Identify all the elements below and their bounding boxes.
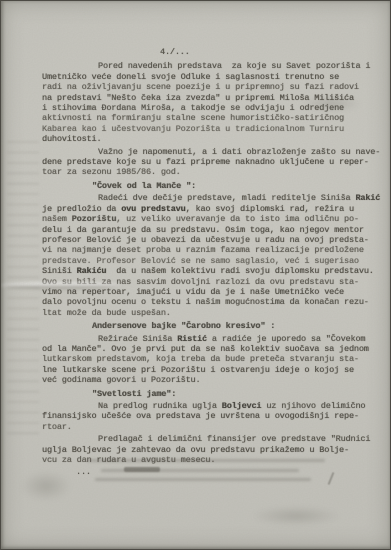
text-line: Predlagač i delimični finansijer ove pre… xyxy=(42,434,374,444)
text-line: Kabarea kao i učestvovanju Pozorišta u t… xyxy=(42,124,374,134)
paragraph: Režiraće Siniša Ristić a radiće je upore… xyxy=(42,334,374,386)
document-text: 4./... Pored navedenih predstava za koje… xyxy=(42,47,374,478)
text-line: našem Pozorištu, uz veliko uveravanje da… xyxy=(42,214,374,224)
text-line: ltat može da bude uspešan. xyxy=(42,308,374,318)
text-line: duhovitosti. xyxy=(42,134,374,144)
text-line: aktivnosti na formiranju stalne scene hu… xyxy=(42,113,374,123)
text-line: uglja Boljevac je zahtevao da ovu predst… xyxy=(42,445,374,455)
text-line: ... xyxy=(76,467,374,477)
bleed-through-ghost-text xyxy=(7,141,39,436)
text-line: lne lutkarske scene pri Pozorištu i ostv… xyxy=(42,365,374,375)
bleed-through-line xyxy=(95,478,311,481)
text-line: Siniši Rakiću da u našem kolektivu radi … xyxy=(42,266,374,276)
text-line: predstave. Profesor Belović se ne samo s… xyxy=(42,256,374,266)
paragraph: Pored navedenih predstava za koje su Sav… xyxy=(42,61,374,144)
text-line: dene predstave koje su u fazi pripreme n… xyxy=(42,157,374,167)
paper-smudge xyxy=(251,506,341,526)
section-heading: Andersenove bajke "Čarobno kresivo" : xyxy=(92,321,374,331)
paragraph: ... xyxy=(76,467,374,477)
text-line: već godinama govori u Pozorištu. xyxy=(42,375,374,385)
text-line: delu i da garantuje da su predstavu. Osi… xyxy=(42,225,374,235)
text-line: Radeći dve dečije predstave, mladi redit… xyxy=(42,193,374,203)
text-line: od la Manče". Ovo je prvi put da se naš … xyxy=(42,344,374,354)
paragraph: Na predlog rudnika uglja Boljevci uz nji… xyxy=(42,401,374,432)
text-line: Pored navedenih predstava za koje su Sav… xyxy=(42,61,374,71)
text-line: "Svetlosti jame": xyxy=(92,389,374,399)
section-heading: "Čovek od la Manče ": xyxy=(92,181,374,191)
text-line: profesor Belović je u obavezi da učestvu… xyxy=(42,235,374,245)
paragraph: Važno je napomenuti, a i dati obrazložen… xyxy=(42,147,374,178)
text-line: i stihovima Đordana Miroša, a takodje se… xyxy=(42,103,374,113)
scanned-document-page: 4./... Pored navedenih predstava za koje… xyxy=(0,0,391,550)
text-line: Umetničko veće doneli svoje Odluke i sag… xyxy=(42,72,374,82)
text-line: "Čovek od la Manče ": xyxy=(92,181,374,191)
paragraph: Predlagač i delimični finansijer ove pre… xyxy=(42,434,374,465)
text-line: Važno je napomenuti, a i dati obrazložen… xyxy=(42,147,374,157)
text-line: vi na najmanje deset proba u raznim faza… xyxy=(42,245,374,255)
paragraph: Radeći dve dečije predstave, mladi redit… xyxy=(42,193,374,318)
text-line: vimo na repertoar, imajući u vidu da je … xyxy=(42,287,374,297)
text-line: Andersenove bajke "Čarobno kresivo" : xyxy=(92,321,374,331)
text-line: finansijsko učešće ova predstava je uvrš… xyxy=(42,411,374,421)
document-body: Pored navedenih predstava za koje su Sav… xyxy=(42,61,374,477)
text-line: Na predlog rudnika uglja Boljevci uz nji… xyxy=(42,401,374,411)
text-line: je predložio da ovu predstavu, kao svoj … xyxy=(42,204,374,214)
page-number: 4./... xyxy=(160,47,374,57)
text-line: toar za sezonu 1985/86. god. xyxy=(42,167,374,177)
text-line: rtoar. xyxy=(42,422,374,432)
text-line: na predstavi "Nešto čeka iza zvezda" u p… xyxy=(42,93,374,103)
text-line: dalo povoljnu ocenu o tekstu i našim mog… xyxy=(42,297,374,307)
section-heading: "Svetlosti jame": xyxy=(92,389,374,399)
text-line: lutkarskom predstavom, koja treba da bud… xyxy=(42,354,374,364)
text-line: radi na oživljavanju scene poezije i u p… xyxy=(42,82,374,92)
text-line: Režiraće Siniša Ristić a radiće je upore… xyxy=(42,334,374,344)
text-line: vcu za dan rudara u avgustu mesecu. xyxy=(42,455,374,465)
text-line: Ovo su bili za nas sasvim dovoljni razlo… xyxy=(42,277,374,287)
